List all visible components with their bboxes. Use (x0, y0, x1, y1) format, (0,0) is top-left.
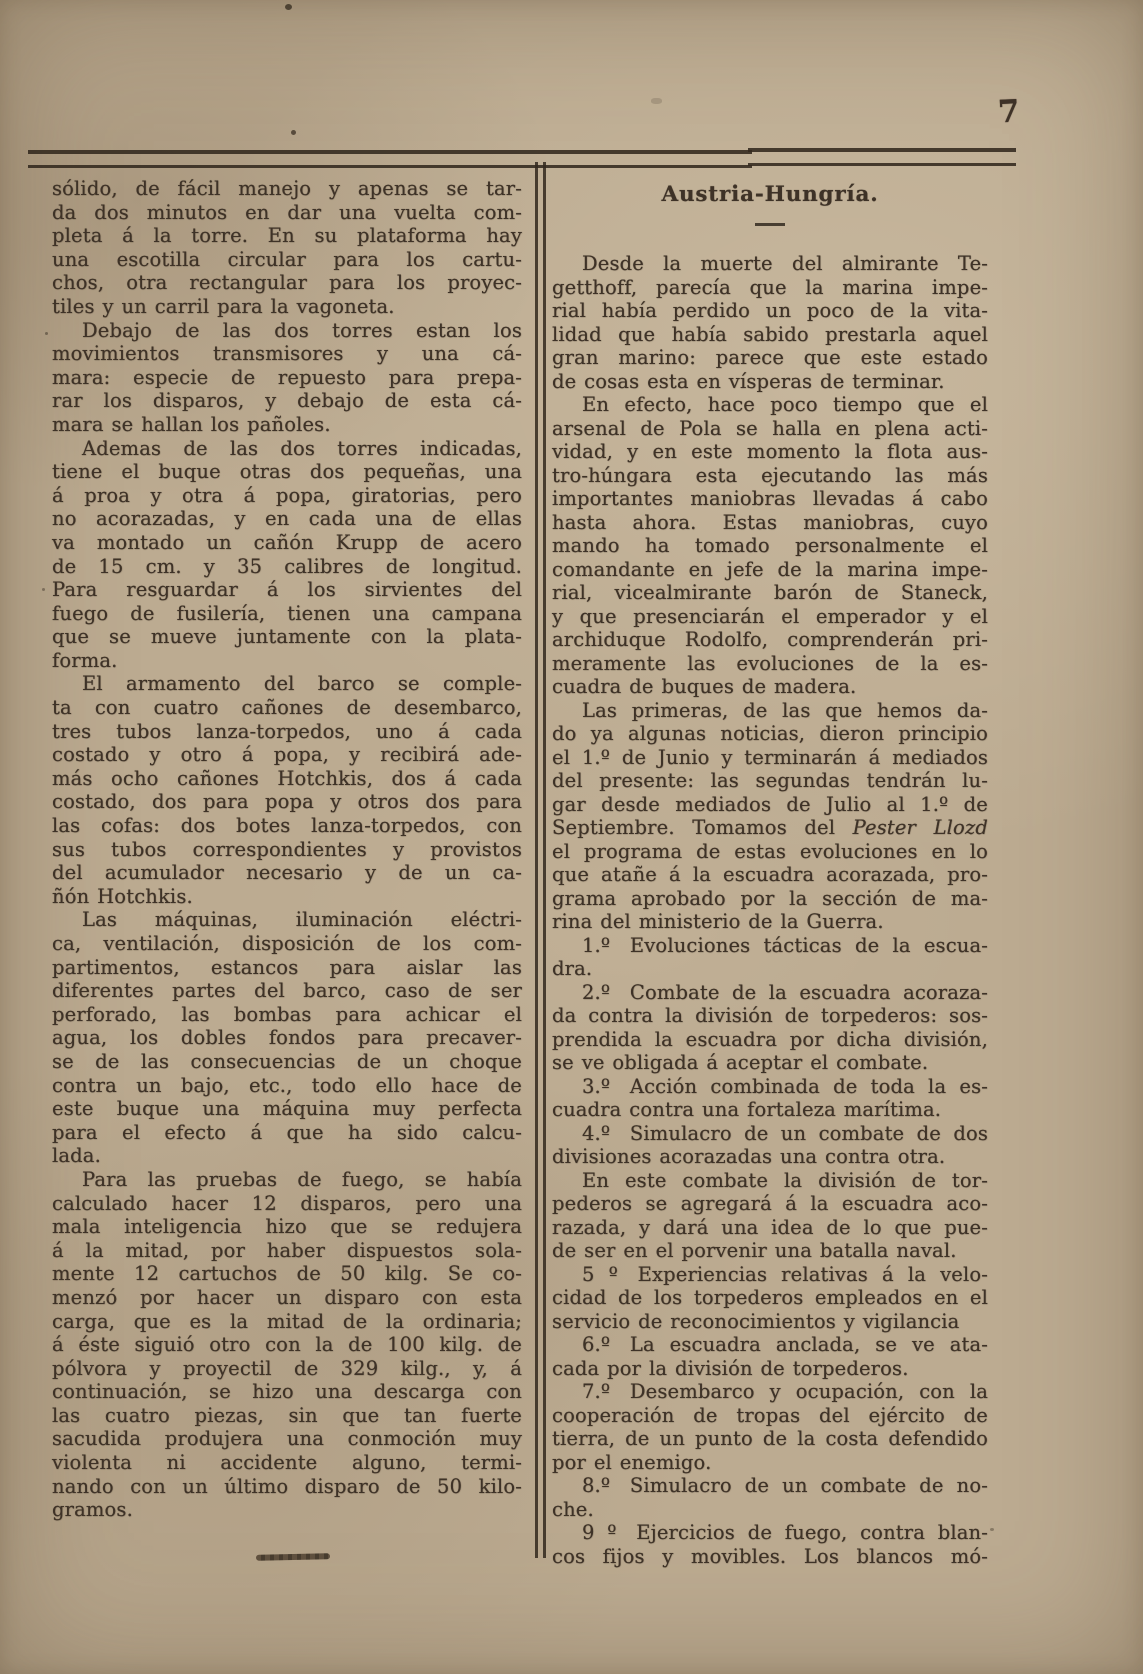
text-line: 7.º Desembarco y ocupación, con la (552, 1380, 988, 1404)
text-line: se ve obligada á aceptar el combate. (552, 1051, 988, 1075)
text-segment: vidad, y en este momento la flota aus- (552, 440, 988, 463)
text-line: 5 º Experiencias relativas á la velo- (552, 1263, 988, 1287)
text-line: se de las consecuencias de un choque (52, 1050, 522, 1074)
text-line: calculado hacer 12 disparos, pero una (52, 1192, 522, 1216)
text-line: ca, ventilación, disposición de los com- (52, 932, 522, 956)
text-line: de ser en el porvenir una batalla naval. (552, 1239, 988, 1263)
text-line: mara: especie de repuesto para prepa- (52, 366, 522, 390)
text-segment: menzó por hacer un disparo con esta (52, 1286, 522, 1309)
text-line: sus tubos correspondientes y provistos (52, 838, 522, 862)
text-segment: archiduque Rodolfo, comprenderán pri- (552, 628, 988, 651)
text-segment: agua, los dobles fondos para precaver- (52, 1026, 522, 1049)
text-segment: 7.º Desembarco y ocupación, con la (582, 1380, 988, 1403)
text-segment: comandante en jefe de la marina impe- (552, 558, 988, 581)
text-segment: da dos minutos en dar una vuelta com- (52, 201, 522, 224)
text-segment: cuadra contra una fortaleza marítima. (552, 1098, 941, 1121)
text-segment: tres tubos lanza-torpedos, uno á cada (52, 720, 522, 743)
text-segment: rar los disparos, y debajo de esta cá- (52, 389, 522, 412)
text-segment: mara: especie de repuesto para prepa- (52, 366, 522, 389)
text-line: ñón Hotchkis. (52, 885, 522, 909)
text-segment: del acumulador necesario y de un ca- (52, 861, 522, 884)
text-line: rial había perdido un poco de la vita- (552, 299, 988, 323)
right-column-text: Desde la muerte del almirante Te-getthof… (552, 252, 988, 1568)
text-line: perforado, las bombas para achicar el (52, 1003, 522, 1027)
text-line: las cofas: dos botes lanza-torpedos, con (52, 814, 522, 838)
text-segment: va montado un cañón Krupp de acero (52, 531, 522, 554)
text-segment: cuadra de buques de madera. (552, 675, 856, 698)
text-line: arsenal de Pola se halla en plena acti- (552, 417, 988, 441)
text-segment: tierra, de un punto de la costa defendid… (552, 1427, 988, 1450)
column-divider-rule (535, 162, 546, 1558)
text-segment: sus tubos correspondientes y provistos (52, 838, 522, 861)
text-line: cooperación de tropas del ejército de (552, 1404, 988, 1428)
text-segment: á éste siguió otro con la de 100 kilg. d… (52, 1333, 522, 1356)
text-line: hasta ahora. Estas maniobras, cuyo (552, 511, 988, 535)
text-segment: á proa y otra á popa, giratorias, pero (52, 484, 522, 507)
text-segment: sólido, de fácil manejo y apenas se tar- (52, 177, 522, 200)
text-segment: y que presenciarán el emperador y el (552, 605, 988, 628)
text-segment: á la mitad, por haber dispuestos sola- (52, 1239, 522, 1262)
text-segment: una escotilla circular para los cartu- (52, 248, 522, 271)
text-line: pederos se agregará á la escuadra aco- (552, 1192, 988, 1216)
text-segment: de 15 cm. y 35 calibres de longitud. (52, 555, 522, 578)
text-line: por el enemigo. (552, 1451, 988, 1475)
text-line: mente 12 cartuchos de 50 kilg. Se co- (52, 1262, 522, 1286)
text-line: getthoff, parecía que la marina impe- (552, 276, 988, 300)
text-line: movimientos transmisores y una cá- (52, 342, 522, 366)
text-line: y que presenciarán el emperador y el (552, 605, 988, 629)
text-segment: diferentes partes del barco, caso de ser (52, 979, 522, 1002)
text-segment: Para resguardar á los sirvientes del (52, 578, 522, 601)
text-line: chos, otra rectangular para los proyec- (52, 271, 522, 295)
text-line: 2.º Combate de la escuadra acoraza- (552, 981, 988, 1005)
text-line: para el efecto á que ha sido calcu- (52, 1121, 522, 1145)
italic-text: Pester Llozd (853, 816, 988, 839)
text-segment: Septiembre. Tomamos del (552, 816, 853, 839)
text-line: más ocho cañones Hotchkis, dos á cada (52, 767, 522, 791)
text-line: Las primeras, de las que hemos da- (552, 699, 988, 723)
text-segment: carga, que es la mitad de la ordinaria; (52, 1310, 522, 1333)
text-line: meramente las evoluciones de la es- (552, 652, 988, 676)
text-line: mala inteligencia hizo que se redujera (52, 1215, 522, 1239)
text-line: cuadra contra una fortaleza marítima. (552, 1098, 988, 1122)
text-segment: dra. (552, 957, 592, 980)
text-line: lada. (52, 1144, 522, 1168)
text-segment: ca, ventilación, disposición de los com- (52, 932, 522, 955)
text-segment: las cuatro piezas, sin que tan fuerte (52, 1404, 522, 1427)
text-segment: meramente las evoluciones de la es- (552, 652, 988, 675)
text-line: 8.º Simulacro de un combate de no- (552, 1474, 988, 1498)
text-segment: nando con un último disparo de 50 kilo- (52, 1475, 522, 1498)
text-segment: rina del ministerio de la Guerra. (552, 910, 884, 933)
text-line: del presente: las segundas tendrán lu- (552, 769, 988, 793)
text-line: comandante en jefe de la marina impe- (552, 558, 988, 582)
text-line: mara se hallan los pañoles. (52, 413, 522, 437)
left-column: sólido, de fácil manejo y apenas se tar-… (52, 177, 522, 1522)
text-line: fuego de fusilería, tienen una campana (52, 602, 522, 626)
text-segment: pleta á la torre. En su plataforma hay (52, 224, 522, 247)
text-segment: partimentos, estancos para aislar las (52, 956, 522, 979)
scan-speck (285, 4, 292, 10)
text-segment: tiene el buque otras dos pequeñas, una (52, 460, 522, 483)
text-segment: cidad de los torpederos empleados en el (552, 1286, 988, 1309)
text-segment: servicio de reconocimientos y vigilancia (552, 1310, 959, 1333)
text-line: de 15 cm. y 35 calibres de longitud. (52, 555, 522, 579)
text-segment: gran marino: parece que este estado (552, 346, 988, 369)
text-line: á proa y otra á popa, giratorias, pero (52, 484, 522, 508)
text-line: Desde la muerte del almirante Te- (552, 252, 988, 276)
text-segment: costado y otro á popa, y recibirá ade- (52, 743, 522, 766)
text-line: servicio de reconocimientos y vigilancia (552, 1310, 988, 1334)
text-segment: ñón Hotchkis. (52, 885, 193, 908)
text-segment: ta con cuatro cañones de desembarco, (52, 696, 522, 719)
text-segment: que atañe á la escuadra acorazada, pro- (552, 863, 988, 886)
text-line: el 1.º de Junio y terminarán á mediados (552, 746, 988, 770)
text-line: gramos. (52, 1498, 522, 1522)
scan-speck (651, 98, 662, 104)
text-segment: más ocho cañones Hotchkis, dos á cada (52, 767, 522, 790)
text-segment: 3.º Acción combinada de toda la es- (582, 1075, 988, 1098)
text-line: da contra la división de torpederos: sos… (552, 1004, 988, 1028)
text-line: partimentos, estancos para aislar las (52, 956, 522, 980)
text-line: cidad de los torpederos empleados en el (552, 1286, 988, 1310)
text-line: En efecto, hace poco tiempo que el (552, 393, 988, 417)
text-line: va montado un cañón Krupp de acero (52, 531, 522, 555)
text-line: diferentes partes del barco, caso de ser (52, 979, 522, 1003)
header-double-rule-right (748, 148, 1016, 166)
left-column-text: sólido, de fácil manejo y apenas se tar-… (52, 177, 522, 1522)
text-line: archiduque Rodolfo, comprenderán pri- (552, 628, 988, 652)
text-segment: divisiones acorazadas una contra otra. (552, 1145, 945, 1168)
right-column: Austria-Hungría. Desde la muerte del alm… (552, 183, 988, 1568)
scan-speck (42, 588, 45, 591)
text-segment: tiles y un carril para la vagoneta. (52, 295, 395, 318)
text-line: tro-húngara esta ejecutando las más (552, 464, 988, 488)
text-segment: El armamento del barco se comple- (82, 672, 522, 695)
text-segment: arsenal de Pola se halla en plena acti- (552, 417, 988, 440)
header-double-rule-left (28, 150, 752, 168)
text-line: sólido, de fácil manejo y apenas se tar- (52, 177, 522, 201)
text-line: importantes maniobras llevadas á cabo (552, 487, 988, 511)
text-segment: lidad que había sabido prestarla aquel (552, 323, 988, 346)
text-line: rina del ministerio de la Guerra. (552, 910, 988, 934)
text-segment: da contra la división de torpederos: sos… (552, 1004, 988, 1027)
text-segment: do ya algunas noticias, dieron principio (552, 722, 988, 745)
text-line: En este combate la división de tor- (552, 1169, 988, 1193)
text-line: rar los disparos, y debajo de esta cá- (52, 389, 522, 413)
text-line: carga, que es la mitad de la ordinaria; (52, 1310, 522, 1334)
text-segment: contra un bajo, etc., todo ello hace de (52, 1074, 522, 1097)
text-line: de cosas esta en vísperas de terminar. (552, 370, 988, 394)
text-segment: importantes maniobras llevadas á cabo (552, 487, 988, 510)
text-segment: costado, dos para popa y otros dos para (52, 790, 522, 813)
text-line: pólvora y proyectil de 329 kilg., y, á (52, 1357, 522, 1381)
text-segment: Para las pruebas de fuego, se había (82, 1168, 522, 1191)
text-line: Para resguardar á los sirvientes del (52, 578, 522, 602)
text-segment: 9 º Ejercicios de fuego, contra blan- (582, 1521, 988, 1544)
text-line: Ademas de las dos torres indicadas, (52, 437, 522, 461)
text-line: gar desde mediados de Julio al 1.º de (552, 793, 988, 817)
text-line: contra un bajo, etc., todo ello hace de (52, 1074, 522, 1098)
text-line: prendida la escuadra por dicha división, (552, 1028, 988, 1052)
text-line: cuadra de buques de madera. (552, 675, 988, 699)
text-segment: Desde la muerte del almirante Te- (582, 252, 988, 275)
text-segment: forma. (52, 649, 118, 672)
text-segment: 5 º Experiencias relativas á la velo- (582, 1263, 988, 1286)
text-line: forma. (52, 649, 522, 673)
text-line: sacudida produjera una conmoción muy (52, 1427, 522, 1451)
text-line: del acumulador necesario y de un ca- (52, 861, 522, 885)
text-segment: che. (552, 1498, 594, 1521)
text-segment: mente 12 cartuchos de 50 kilg. Se co- (52, 1262, 522, 1285)
text-line: costado y otro á popa, y recibirá ade- (52, 743, 522, 767)
text-segment: prendida la escuadra por dicha división, (552, 1028, 988, 1051)
scan-speck (990, 1528, 994, 1531)
text-line: Para las pruebas de fuego, se había (52, 1168, 522, 1192)
text-segment: que se mueve juntamente con la plata- (52, 625, 522, 648)
text-line: continuación, se hizo una descarga con (52, 1380, 522, 1404)
scan-speck (45, 332, 48, 335)
text-segment: mara se hallan los pañoles. (52, 413, 331, 436)
text-segment: razada, y dará una idea de lo que pue- (552, 1216, 988, 1239)
text-segment: lada. (52, 1144, 101, 1167)
text-line: vidad, y en este momento la flota aus- (552, 440, 988, 464)
text-segment: se de las consecuencias de un choque (52, 1050, 522, 1073)
text-segment: hasta ahora. Estas maniobras, cuyo (552, 511, 988, 534)
text-segment: las cofas: dos botes lanza-torpedos, con (52, 814, 522, 837)
text-line: que se mueve juntamente con la plata- (52, 625, 522, 649)
text-segment: Las primeras, de las que hemos da- (582, 699, 988, 722)
text-line: gran marino: parece que este estado (552, 346, 988, 370)
text-segment: Ademas de las dos torres indicadas, (82, 437, 522, 460)
text-segment: Debajo de las dos torres estan los (82, 319, 522, 342)
text-line: cada por la división de torpederos. (552, 1357, 988, 1381)
scanned-page-sheet: 7 sólido, de fácil manejo y apenas se ta… (0, 0, 1143, 1674)
heading-rule (755, 223, 785, 226)
text-segment: mala inteligencia hizo que se redujera (52, 1215, 522, 1238)
text-line: tiene el buque otras dos pequeñas, una (52, 460, 522, 484)
text-line: Debajo de las dos torres estan los (52, 319, 522, 343)
text-segment: cada por la división de torpederos. (552, 1357, 909, 1380)
text-line: 6.º La escuadra anclada, se ve ata- (552, 1333, 988, 1357)
text-segment: 6.º La escuadra anclada, se ve ata- (582, 1333, 988, 1356)
text-segment: mando ha tomado personalmente el (552, 534, 988, 557)
text-line: 9 º Ejercicios de fuego, contra blan- (552, 1521, 988, 1545)
text-segment: tro-húngara esta ejecutando las más (552, 464, 988, 487)
text-line: nando con un último disparo de 50 kilo- (52, 1475, 522, 1499)
text-line: Septiembre. Tomamos del Pester Llozd (552, 816, 988, 840)
section-end-separator (256, 1553, 330, 1561)
text-line: Las máquinas, iluminación eléctri- (52, 908, 522, 932)
text-segment: pólvora y proyectil de 329 kilg., y, á (52, 1357, 522, 1380)
text-segment: En este combate la división de tor- (582, 1169, 988, 1192)
scan-speck (291, 130, 296, 135)
text-line: dra. (552, 957, 988, 981)
text-segment: el 1.º de Junio y terminarán á mediados (552, 746, 988, 769)
text-line: tres tubos lanza-torpedos, uno á cada (52, 720, 522, 744)
text-segment: fuego de fusilería, tienen una campana (52, 602, 522, 625)
text-line: una escotilla circular para los cartu- (52, 248, 522, 272)
text-line: á la mitad, por haber dispuestos sola- (52, 1239, 522, 1263)
text-line: agua, los dobles fondos para precaver- (52, 1026, 522, 1050)
text-segment: sacudida produjera una conmoción muy (52, 1427, 522, 1450)
text-line: pleta á la torre. En su plataforma hay (52, 224, 522, 248)
text-line: El armamento del barco se comple- (52, 672, 522, 696)
text-line: 1.º Evoluciones tácticas de la escua- (552, 934, 988, 958)
text-segment: 1.º Evoluciones tácticas de la escua- (582, 934, 988, 957)
text-line: tierra, de un punto de la costa defendid… (552, 1427, 988, 1451)
text-line: lidad que había sabido prestarla aquel (552, 323, 988, 347)
text-segment: getthoff, parecía que la marina impe- (552, 276, 988, 299)
article-heading: Austria-Hungría. (552, 183, 988, 207)
text-segment: movimientos transmisores y una cá- (52, 342, 522, 365)
text-line: rial, vicealmirante barón de Staneck, (552, 581, 988, 605)
text-line: costado, dos para popa y otros dos para (52, 790, 522, 814)
text-segment: 8.º Simulacro de un combate de no- (582, 1474, 988, 1497)
text-segment: pederos se agregará á la escuadra aco- (552, 1192, 988, 1215)
text-segment: no acorazadas, y en cada una de ellas (52, 507, 522, 530)
text-line: á éste siguió otro con la de 100 kilg. d… (52, 1333, 522, 1357)
page-number: 7 (997, 93, 1020, 130)
text-line: 3.º Acción combinada de toda la es- (552, 1075, 988, 1099)
text-segment: gramos. (52, 1498, 133, 1521)
text-segment: perforado, las bombas para achicar el (52, 1003, 522, 1026)
text-line: este buque una máquina muy perfecta (52, 1097, 522, 1121)
text-line: che. (552, 1498, 988, 1522)
text-line: no acorazadas, y en cada una de ellas (52, 507, 522, 531)
text-segment: para el efecto á que ha sido calcu- (52, 1121, 522, 1144)
text-line: mando ha tomado personalmente el (552, 534, 988, 558)
text-segment: rial había perdido un poco de la vita- (552, 299, 988, 322)
text-segment: de cosas esta en vísperas de terminar. (552, 370, 945, 393)
text-segment: gar desde mediados de Julio al 1.º de (552, 793, 988, 816)
text-line: el programa de estas evoluciones en lo (552, 840, 988, 864)
text-line: que atañe á la escuadra acorazada, pro- (552, 863, 988, 887)
text-segment: de ser en el porvenir una batalla naval. (552, 1239, 957, 1262)
text-line: ta con cuatro cañones de desembarco, (52, 696, 522, 720)
text-line: razada, y dará una idea de lo que pue- (552, 1216, 988, 1240)
text-line: 4.º Simulacro de un combate de dos (552, 1122, 988, 1146)
text-line: cos fijos y movibles. Los blancos mó- (552, 1545, 988, 1569)
text-segment: calculado hacer 12 disparos, pero una (52, 1192, 522, 1215)
text-line: grama aprobado por la sección de ma- (552, 887, 988, 911)
text-segment: del presente: las segundas tendrán lu- (552, 769, 988, 792)
text-segment: En efecto, hace poco tiempo que el (582, 393, 988, 416)
text-segment: rial, vicealmirante barón de Staneck, (552, 581, 988, 604)
text-segment: el programa de estas evoluciones en lo (552, 840, 988, 863)
text-segment: se ve obligada á aceptar el combate. (552, 1051, 928, 1074)
text-segment: por el enemigo. (552, 1451, 711, 1474)
text-line: divisiones acorazadas una contra otra. (552, 1145, 988, 1169)
text-segment: continuación, se hizo una descarga con (52, 1380, 522, 1403)
text-line: violenta ni accidente alguno, termi- (52, 1451, 522, 1475)
text-segment: chos, otra rectangular para los proyec- (52, 271, 522, 294)
text-line: menzó por hacer un disparo con esta (52, 1286, 522, 1310)
text-segment: cooperación de tropas del ejército de (552, 1404, 988, 1427)
text-segment: violenta ni accidente alguno, termi- (52, 1451, 522, 1474)
text-segment: este buque una máquina muy perfecta (52, 1097, 522, 1120)
text-segment: grama aprobado por la sección de ma- (552, 887, 988, 910)
text-line: las cuatro piezas, sin que tan fuerte (52, 1404, 522, 1428)
text-segment: 4.º Simulacro de un combate de dos (582, 1122, 988, 1145)
text-segment: 2.º Combate de la escuadra acoraza- (582, 981, 988, 1004)
text-segment: Las máquinas, iluminación eléctri- (82, 908, 522, 931)
text-line: do ya algunas noticias, dieron principio (552, 722, 988, 746)
text-line: tiles y un carril para la vagoneta. (52, 295, 522, 319)
text-segment: cos fijos y movibles. Los blancos mó- (552, 1545, 988, 1568)
text-line: da dos minutos en dar una vuelta com- (52, 201, 522, 225)
